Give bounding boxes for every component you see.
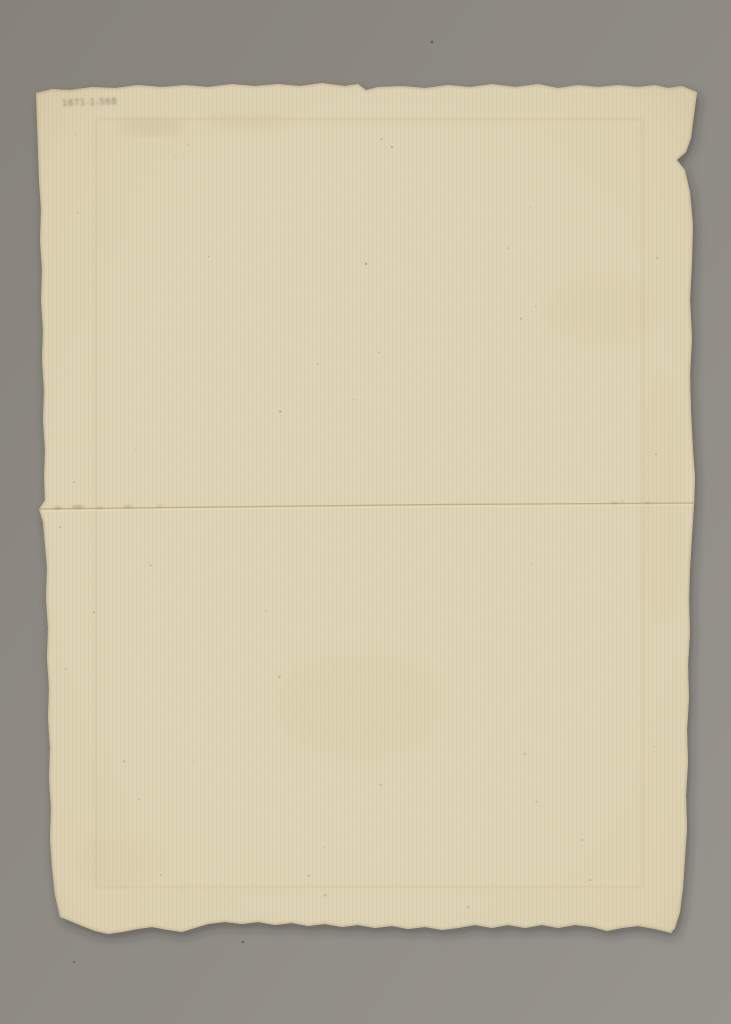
fleck: [138, 798, 140, 800]
fleck: [187, 144, 189, 146]
fleck: [305, 112, 306, 113]
fleck: [212, 415, 213, 416]
fleck: [621, 501, 623, 503]
fleck: [552, 533, 553, 534]
fleck: [535, 801, 537, 803]
fleck: [353, 399, 354, 400]
fleck: [386, 639, 388, 641]
fleck: [364, 524, 365, 525]
fleck: [230, 901, 231, 902]
fleck: [73, 481, 75, 483]
fleck: [150, 564, 152, 566]
fleck: [507, 247, 509, 249]
fleck: [380, 138, 382, 140]
fleck: [535, 306, 536, 307]
fleck: [589, 879, 591, 881]
fleck: [134, 449, 135, 450]
photograph-background: 1871-1-568: [0, 0, 731, 1024]
fleck: [400, 630, 401, 631]
fleck: [391, 146, 393, 148]
fleck: [654, 746, 655, 747]
fleck: [278, 675, 280, 677]
fleck: [380, 784, 382, 786]
fleck: [93, 611, 95, 613]
fleck: [365, 263, 367, 265]
fleck: [655, 453, 657, 455]
fleck: [285, 319, 286, 320]
fleck: [74, 134, 76, 136]
fleck: [467, 906, 470, 909]
fleck: [65, 669, 67, 671]
fleck: [77, 212, 79, 214]
fleck: [265, 610, 267, 612]
fleck: [524, 752, 527, 755]
fleck: [279, 410, 281, 412]
fleck: [308, 875, 310, 877]
fleck: [324, 894, 327, 897]
fleck: [324, 846, 326, 848]
fleck: [192, 761, 194, 763]
fleck: [123, 760, 125, 762]
fleck: [91, 530, 92, 531]
fleck: [317, 363, 318, 364]
pencil-inscription: 1871-1-568: [62, 97, 118, 109]
fleck: [656, 257, 658, 259]
fleck: [177, 890, 179, 892]
fleck: [547, 420, 548, 421]
fleck: [84, 541, 85, 542]
fleck: [208, 256, 209, 257]
fleck: [200, 114, 201, 115]
paper-surface: [25, 75, 715, 955]
fleck: [174, 156, 177, 159]
fleck: [530, 207, 531, 208]
photo-canvas: 1871-1-568: [0, 0, 731, 1024]
fleck: [378, 352, 379, 353]
fleck: [581, 839, 584, 842]
edge-toning: [25, 75, 715, 955]
fleck: [520, 318, 522, 320]
fleck: [59, 526, 61, 528]
fleck: [530, 563, 532, 565]
fleck: [160, 874, 162, 876]
